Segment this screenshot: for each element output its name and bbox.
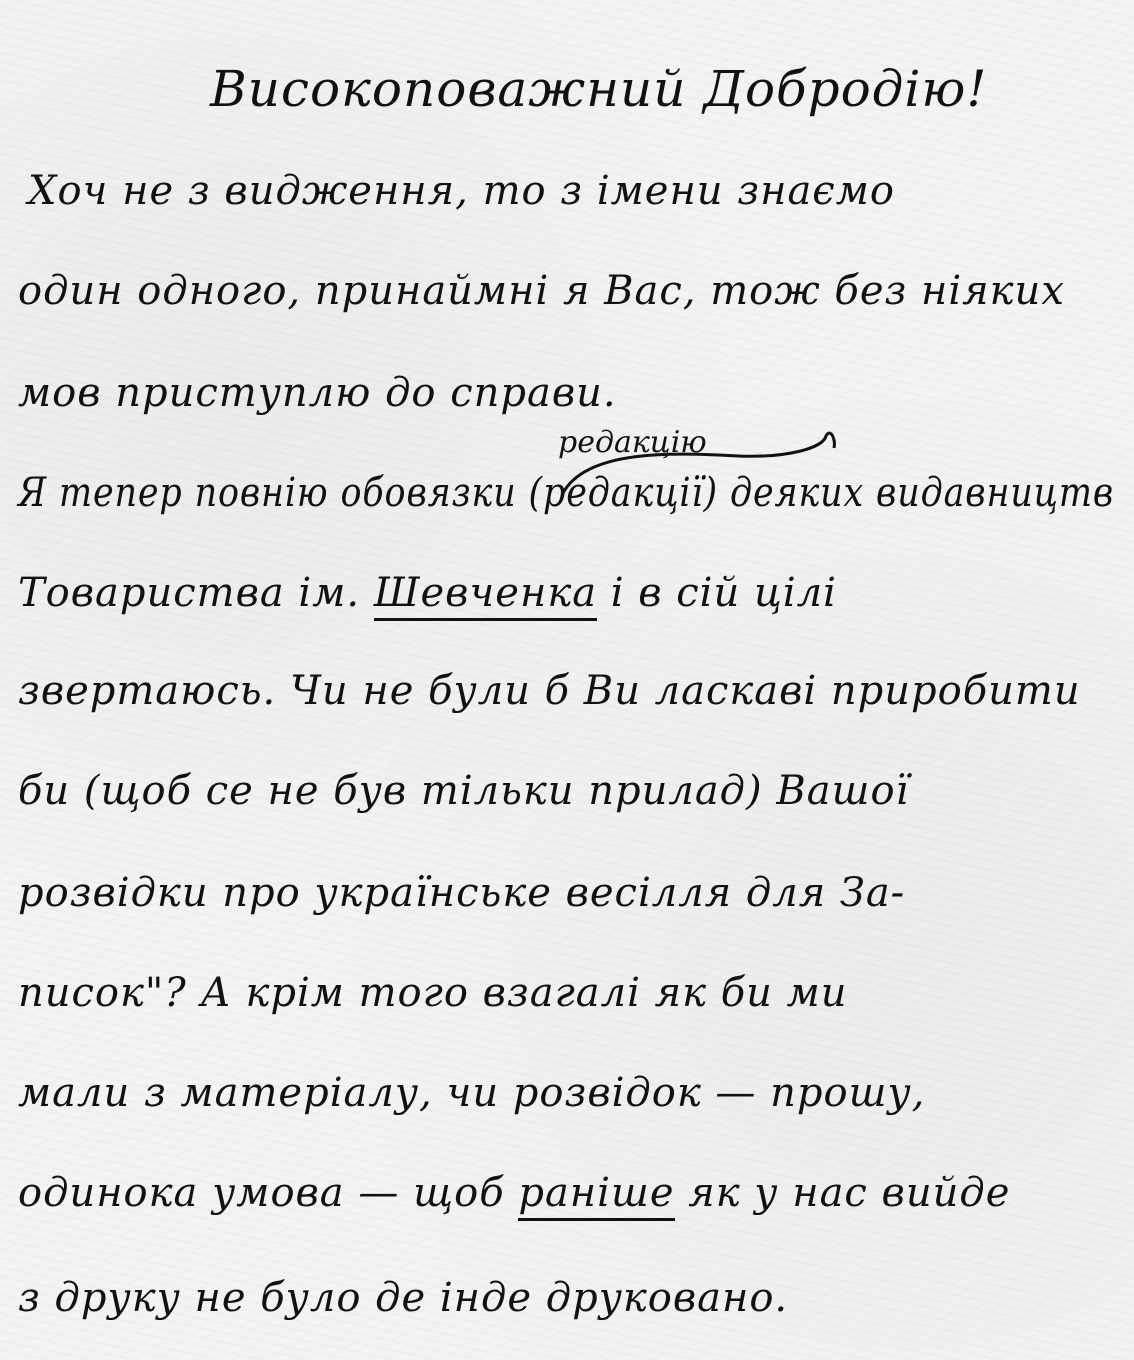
underlined-word: раніше — [518, 1170, 674, 1221]
letter-line-5: Товариства ім. Шевченка і в сій цілі — [18, 570, 837, 616]
underlined-word: Шевченка — [374, 570, 597, 621]
letter-line-3: мов приступлю до справи. — [18, 370, 617, 416]
letter-line-4: Я тепер повнію обовязки (редакції) деяки… — [18, 470, 1114, 516]
letter-line-11: одинока умова — щоб раніше як у нас вийд… — [18, 1170, 1010, 1216]
letter-line-1: Хоч не з видження, то з імени знаємо — [28, 168, 895, 214]
letter-line-12: з друку не було де інде друковано. — [18, 1275, 788, 1321]
letter-line-7: би (щоб се не був тільки прилад) Вашої — [18, 768, 909, 814]
letter-line-10: мали з матеріалу, чи розвідок — прошу, — [18, 1070, 925, 1116]
letter-salutation: Високоповажний Добродію! — [210, 60, 987, 118]
letter-line-2: один одного, принаймні я Вас, тож без ні… — [18, 268, 1065, 314]
letter-line-6: звертаюсь. Чи не були б Ви ласкаві приро… — [18, 668, 1081, 714]
letter-line-8: розвідки про українське весілля для За- — [18, 870, 905, 916]
letter-line-9: писок"? А крім того взагалі як би ми — [18, 970, 848, 1016]
